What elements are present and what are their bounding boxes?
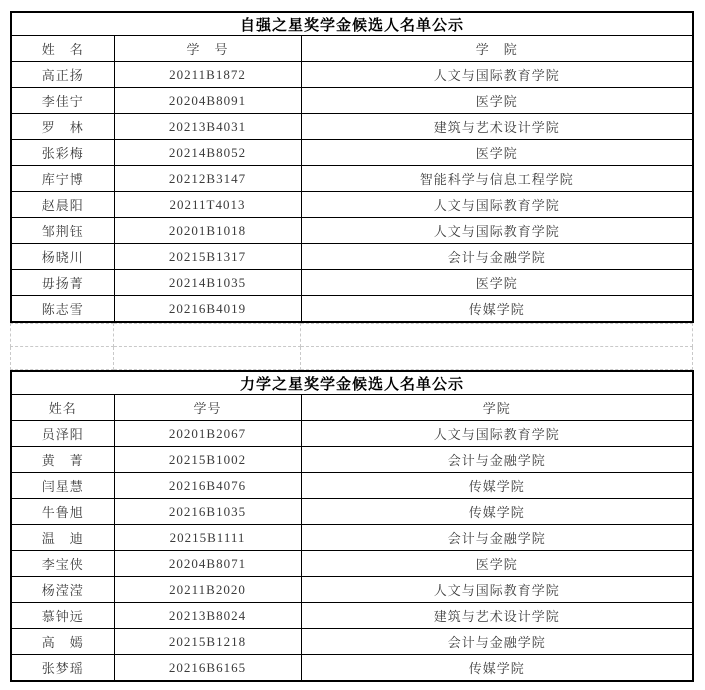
name-cell: 牛鲁旭 — [11, 499, 114, 525]
student-id-cell: 20214B1035 — [114, 270, 301, 296]
spacer-row — [11, 324, 693, 347]
name-cell: 李宝侠 — [11, 551, 114, 577]
name-cell: 温 迪 — [11, 525, 114, 551]
table-row: 赵晨阳20211T4013人文与国际教育学院 — [11, 192, 693, 218]
table-row: 高正扬20211B1872人文与国际教育学院 — [11, 62, 693, 88]
id-column-header: 学 号 — [114, 36, 301, 62]
college-cell: 会计与金融学院 — [301, 244, 693, 270]
student-id-cell: 20211T4013 — [114, 192, 301, 218]
student-id-cell: 20213B8024 — [114, 603, 301, 629]
college-cell: 建筑与艺术设计学院 — [301, 603, 693, 629]
table-title-row: 力学之星奖学金候选人名单公示 — [11, 371, 693, 395]
name-cell: 张梦瑶 — [11, 655, 114, 682]
college-cell: 建筑与艺术设计学院 — [301, 114, 693, 140]
college-cell: 会计与金融学院 — [301, 525, 693, 551]
table-title-row: 自强之星奖学金候选人名单公示 — [11, 12, 693, 36]
student-id-cell: 20215B1218 — [114, 629, 301, 655]
college-cell: 会计与金融学院 — [301, 447, 693, 473]
name-cell: 邹荆钰 — [11, 218, 114, 244]
name-cell: 赵晨阳 — [11, 192, 114, 218]
student-id-cell: 20215B1317 — [114, 244, 301, 270]
name-cell: 高 嫣 — [11, 629, 114, 655]
name-cell: 库宁博 — [11, 166, 114, 192]
table-row: 罗 林20213B4031建筑与艺术设计学院 — [11, 114, 693, 140]
table-row: 陈志雪20216B4019传媒学院 — [11, 296, 693, 323]
college-cell: 智能科学与信息工程学院 — [301, 166, 693, 192]
name-column-header: 姓 名 — [11, 36, 114, 62]
student-id-cell: 20216B1035 — [114, 499, 301, 525]
student-id-cell: 20212B3147 — [114, 166, 301, 192]
table-row: 张梦瑶20216B6165传媒学院 — [11, 655, 693, 682]
id-column-header: 学号 — [114, 395, 301, 421]
student-id-cell: 20213B4031 — [114, 114, 301, 140]
college-cell: 医学院 — [301, 88, 693, 114]
college-cell: 医学院 — [301, 270, 693, 296]
table-row: 牛鲁旭20216B1035传媒学院 — [11, 499, 693, 525]
student-id-cell: 20211B1872 — [114, 62, 301, 88]
name-cell: 杨晓川 — [11, 244, 114, 270]
empty-cell — [11, 324, 114, 347]
college-cell: 传媒学院 — [301, 499, 693, 525]
name-cell: 员泽阳 — [11, 421, 114, 447]
scholarship-announcement-document: 自强之星奖学金候选人名单公示 姓 名 学 号 学 院 高正扬20211B1872… — [10, 11, 692, 682]
table-row: 张彩梅20214B8052医学院 — [11, 140, 693, 166]
student-id-cell: 20201B2067 — [114, 421, 301, 447]
student-id-cell: 20215B1002 — [114, 447, 301, 473]
college-cell: 人文与国际教育学院 — [301, 192, 693, 218]
lixue-star-table: 力学之星奖学金候选人名单公示 姓名 学号 学院 员泽阳20201B2067人文与… — [10, 370, 694, 682]
name-cell: 毋扬菁 — [11, 270, 114, 296]
table-row: 员泽阳20201B2067人文与国际教育学院 — [11, 421, 693, 447]
name-column-header: 姓名 — [11, 395, 114, 421]
table-header-row: 姓 名 学 号 学 院 — [11, 36, 693, 62]
table-row: 库宁博20212B3147智能科学与信息工程学院 — [11, 166, 693, 192]
student-id-cell: 20214B8052 — [114, 140, 301, 166]
name-cell: 杨滢滢 — [11, 577, 114, 603]
name-cell: 李佳宁 — [11, 88, 114, 114]
college-cell: 人文与国际教育学院 — [301, 577, 693, 603]
table-row: 高 嫣20215B1218会计与金融学院 — [11, 629, 693, 655]
college-cell: 医学院 — [301, 140, 693, 166]
college-column-header: 学院 — [301, 395, 693, 421]
table-row: 邹荆钰20201B1018人文与国际教育学院 — [11, 218, 693, 244]
table-row: 毋扬菁20214B1035医学院 — [11, 270, 693, 296]
table-row: 李宝侠20204B8071医学院 — [11, 551, 693, 577]
table-row: 李佳宁20204B8091医学院 — [11, 88, 693, 114]
name-cell: 陈志雪 — [11, 296, 114, 323]
student-id-cell: 20215B1111 — [114, 525, 301, 551]
table-row: 温 迪20215B1111会计与金融学院 — [11, 525, 693, 551]
college-cell: 人文与国际教育学院 — [301, 218, 693, 244]
table-row: 黄 菁20215B1002会计与金融学院 — [11, 447, 693, 473]
college-cell: 传媒学院 — [301, 473, 693, 499]
student-id-cell: 20201B1018 — [114, 218, 301, 244]
student-id-cell: 20216B4019 — [114, 296, 301, 323]
empty-cell — [301, 324, 693, 347]
name-cell: 黄 菁 — [11, 447, 114, 473]
college-column-header: 学 院 — [301, 36, 693, 62]
student-id-cell: 20204B8071 — [114, 551, 301, 577]
name-cell: 慕钟远 — [11, 603, 114, 629]
table-title: 自强之星奖学金候选人名单公示 — [11, 12, 693, 36]
name-cell: 罗 林 — [11, 114, 114, 140]
college-cell: 人文与国际教育学院 — [301, 62, 693, 88]
college-cell: 人文与国际教育学院 — [301, 421, 693, 447]
table-row: 杨晓川20215B1317会计与金融学院 — [11, 244, 693, 270]
empty-cell — [114, 347, 301, 370]
student-id-cell: 20216B4076 — [114, 473, 301, 499]
college-cell: 传媒学院 — [301, 655, 693, 682]
student-id-cell: 20211B2020 — [114, 577, 301, 603]
college-cell: 医学院 — [301, 551, 693, 577]
table-title: 力学之星奖学金候选人名单公示 — [11, 371, 693, 395]
name-cell: 张彩梅 — [11, 140, 114, 166]
empty-cell — [301, 347, 693, 370]
table-row: 闫星慧20216B4076传媒学院 — [11, 473, 693, 499]
name-cell: 高正扬 — [11, 62, 114, 88]
table-row: 杨滢滢20211B2020人文与国际教育学院 — [11, 577, 693, 603]
student-id-cell: 20216B6165 — [114, 655, 301, 682]
table-row: 慕钟远20213B8024建筑与艺术设计学院 — [11, 603, 693, 629]
ziqiang-star-table: 自强之星奖学金候选人名单公示 姓 名 学 号 学 院 高正扬20211B1872… — [10, 11, 694, 323]
table-header-row: 姓名 学号 学院 — [11, 395, 693, 421]
student-id-cell: 20204B8091 — [114, 88, 301, 114]
spacer-row — [11, 347, 693, 370]
empty-cell — [114, 324, 301, 347]
name-cell: 闫星慧 — [11, 473, 114, 499]
empty-spacer-rows — [10, 323, 693, 370]
empty-cell — [11, 347, 114, 370]
college-cell: 会计与金融学院 — [301, 629, 693, 655]
college-cell: 传媒学院 — [301, 296, 693, 323]
